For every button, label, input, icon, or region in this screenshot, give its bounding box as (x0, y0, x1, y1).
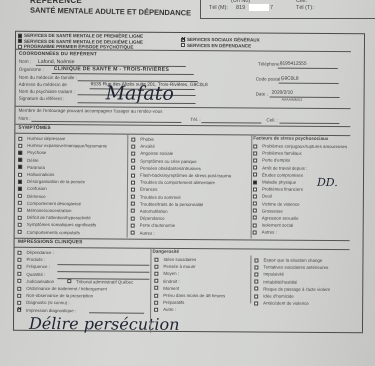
checkbox-unchecked[interactable] (131, 188, 135, 192)
symptom-item[interactable]: Comportements compulsifs (18, 228, 107, 236)
service-label: PROGRAMME PREMIER ÉPISODE PSYCHOTIQUE (24, 44, 134, 50)
item-label: Paranoïa (27, 165, 45, 170)
medecin-famille-label: Nom du médecin de famille : (19, 75, 77, 80)
tel-m-label: Tél (M): (209, 5, 228, 11)
item-label: Humeur expansive/maniaque/hypomanie (27, 143, 107, 149)
divider (15, 124, 350, 127)
checkbox-unchecked[interactable] (18, 215, 22, 219)
entourage-tel-label: Tél. : (190, 117, 200, 122)
symptomes-section-title: SYMPTÔMES (18, 126, 50, 131)
checkbox-unchecked[interactable] (131, 209, 135, 213)
checkbox-unchecked[interactable] (253, 144, 257, 148)
handwritten-diagnosis: Délire persécution (29, 314, 180, 334)
checkbox-unchecked[interactable] (253, 166, 257, 170)
danger-item[interactable]: Antécédent de violence (254, 300, 330, 308)
item-label: Anxiété (140, 144, 155, 149)
service-option[interactable]: SERVICES EN DÉPENDANCE (181, 42, 251, 47)
checkbox-unchecked[interactable] (131, 195, 135, 199)
checkbox-unchecked[interactable] (17, 294, 21, 298)
entourage-cell-label: Cell. : (266, 118, 278, 123)
checkbox-unchecked[interactable] (154, 308, 158, 312)
item-label: Maladie physique (262, 180, 296, 185)
item-label: Préparatifs (163, 300, 184, 305)
checkbox-unchecked[interactable] (131, 202, 135, 206)
item-label: Perte d'autonomie (140, 223, 176, 228)
checkbox-checked[interactable] (18, 180, 22, 184)
item-label: Impulsivité (263, 272, 284, 277)
item-label: Moment (163, 286, 179, 291)
entourage-nom-label: Nom : (18, 116, 30, 121)
patient-contact-box: (Un No) Cell. Tél (M): 819 7 Tél (T): (200, 0, 375, 19)
checkbox-unchecked[interactable] (18, 223, 22, 227)
item-label: Judiciarisation (26, 279, 54, 284)
date-label: Date : (256, 91, 268, 96)
item-label: Antécédent de violence (263, 301, 309, 306)
checkbox-checked[interactable] (18, 151, 22, 155)
item-label: Non-observance de la prescription (26, 293, 93, 298)
item-label: Mémoire/concentration (27, 208, 72, 213)
telephone-value[interactable]: 8195412555 (280, 61, 307, 66)
symptomes-col3: Problèmes conjugaux/ruptures amoureuses … (253, 142, 348, 236)
item-label: Troubles du sommeil (140, 194, 181, 199)
tel-t-label: Tél (T): (296, 5, 314, 11)
organisme-label: Organisme : (19, 67, 44, 72)
checkbox-checked[interactable] (18, 33, 22, 37)
item-label: Délire (27, 158, 39, 163)
checkbox-unchecked[interactable] (17, 272, 21, 276)
impressions-col2: Idées suicidaires Pensée à mourir Moyen … (154, 256, 225, 314)
form-subtitle: SANTÉ MENTALE ADULTE ET DÉPENDANCE (30, 6, 191, 18)
item-label: Grossesse (262, 208, 283, 213)
checkbox-unchecked[interactable] (131, 144, 135, 148)
item-label: Risque de passage à l'acte violent (263, 286, 330, 291)
item-label: Démence (27, 193, 46, 198)
item-label: Comportement désorganisé (27, 201, 81, 206)
stress-item[interactable]: Autres : (253, 229, 347, 237)
item-label: Endroit : (163, 278, 179, 283)
checkbox-unchecked[interactable] (131, 137, 135, 141)
checkbox-unchecked[interactable] (253, 223, 257, 227)
checkbox-unchecked[interactable] (131, 216, 135, 220)
checkbox-unchecked[interactable] (254, 301, 258, 305)
impressions-col1: Dépendance : Produits : Fréquence : Quan… (17, 249, 133, 314)
item-label: Tentatives suicidaires antérieures (263, 265, 328, 270)
tel-m-value-suffix: 7 (270, 5, 273, 11)
checkbox-unchecked[interactable] (17, 301, 21, 305)
entourage-title: Membre de l'entourage pouvant accompagne… (18, 108, 162, 114)
item-label: Études compromises (262, 172, 303, 177)
checkbox-unchecked[interactable] (17, 286, 21, 290)
code-postal-value[interactable]: G9C0L8 (281, 76, 299, 81)
item-label: Symptômes somatiques significatifs (27, 222, 97, 227)
entourage-cell-underline (279, 123, 339, 124)
item-label: Quantité : (26, 272, 45, 277)
contact-cell-label: Cell. (296, 0, 307, 4)
checkbox-unchecked[interactable] (254, 272, 258, 276)
symptom-item[interactable]: Autres : (131, 229, 231, 237)
item-label: Problèmes conjugaux/ruptures amoureuses (262, 144, 347, 150)
item-label: Irritabilité/hostilité (263, 279, 297, 284)
checkbox-unchecked[interactable] (154, 265, 158, 269)
tel-m-value: 819 (236, 5, 245, 11)
checkbox-unchecked[interactable] (17, 250, 21, 254)
checkbox-unchecked[interactable] (154, 279, 158, 283)
checkbox-unchecked[interactable] (131, 223, 135, 227)
entourage-tel-underline (201, 122, 261, 123)
checkbox-unchecked[interactable] (18, 208, 22, 212)
checkbox-unchecked[interactable] (131, 166, 135, 170)
item-label: Ordonnance de traitement / hébergement (26, 286, 107, 292)
checkbox-unchecked[interactable] (17, 265, 21, 269)
checkbox-unchecked[interactable] (253, 216, 257, 220)
checkbox-unchecked[interactable] (253, 151, 257, 155)
checkbox-unchecked[interactable] (253, 209, 257, 213)
services-section: SERVICES DE SANTÉ MENTALE DE PREMIÈRE LI… (16, 32, 351, 52)
checkbox-unchecked[interactable] (253, 187, 257, 191)
telephone-label: Téléphone : (258, 61, 282, 66)
checkbox-unchecked[interactable] (254, 287, 258, 291)
nom-label: Nom : (19, 59, 31, 64)
adresse-label: Adresse du médecin de (19, 82, 67, 87)
item-label: Troubles du comportement alimentaire (140, 180, 215, 186)
checkbox-unchecked[interactable] (131, 152, 135, 156)
checkbox-unchecked[interactable] (154, 300, 158, 304)
handwritten-note-dd: DD. (317, 176, 338, 189)
checkbox-unchecked[interactable] (253, 173, 257, 177)
checkbox-unchecked[interactable] (253, 202, 257, 206)
item-label: Agression sexuelle (262, 215, 299, 220)
checkbox-unchecked[interactable] (18, 172, 22, 176)
form-body: SERVICES DE SANTÉ MENTALE DE PREMIÈRE LI… (13, 31, 365, 333)
item-label: Problèmes financiers (262, 187, 303, 192)
item-label: Prévu dans moins de 48 heures (163, 293, 225, 298)
signature-label: Signature du référent : (19, 96, 65, 101)
item-label: Diagnostic (si connu) : (26, 300, 69, 305)
checkbox-unchecked[interactable] (253, 230, 257, 234)
item-label: Dépendance : (26, 250, 53, 255)
checkbox-unchecked[interactable] (18, 144, 22, 148)
contact-row1-left: (Un No) (231, 0, 250, 4)
checkbox-unchecked[interactable] (17, 279, 21, 283)
item-label: Déficit de l'attention/hyperactivité (27, 215, 91, 220)
checkbox-unchecked[interactable] (254, 280, 258, 284)
item-label: Dépendance (140, 216, 165, 221)
item-label: Humeur dépressive (27, 136, 65, 141)
item-label: Hallucinations (27, 172, 54, 177)
item-label: Automutilation (140, 209, 168, 214)
item-label: Symptômes ou crise panique (140, 158, 197, 163)
date-underline (270, 97, 340, 98)
checkbox-unchecked[interactable] (254, 265, 258, 269)
checkbox-crossed[interactable] (181, 37, 185, 41)
checkbox-checked[interactable] (18, 187, 22, 191)
telephone-underline (278, 68, 338, 69)
checkbox-unchecked[interactable] (181, 43, 185, 47)
item-label: Errances (140, 187, 158, 192)
checkbox-checked[interactable] (253, 180, 257, 184)
checkbox-unchecked[interactable] (131, 173, 135, 177)
item-label: Espoir que la situation change (263, 258, 322, 263)
checkbox-checked[interactable] (18, 158, 22, 162)
service-label: SERVICES EN DÉPENDANCE (187, 42, 251, 47)
item-label: Flash-backs/symptômes de stress post-tra… (140, 173, 231, 179)
item-label: Pensée à mourir (163, 264, 195, 269)
item-label: Idée d'homicide (263, 294, 294, 299)
nom-value[interactable]: Lafond, Noémie (38, 58, 75, 64)
checkbox-unchecked[interactable] (154, 257, 158, 261)
item-label: Fréquence : (26, 264, 49, 269)
item-label: Impression diagnostique : (26, 307, 76, 312)
dangerosite-title: Dangerosité (152, 249, 179, 254)
checkbox-unchecked[interactable] (253, 158, 257, 162)
item-label: Isolement social (262, 223, 294, 228)
code-postal-underline (279, 83, 339, 84)
item-label: Perte d'emploi (262, 158, 290, 163)
item-label: Idées suicidaires (163, 257, 196, 262)
checkbox-unchecked[interactable] (253, 194, 257, 198)
item-label: Désorganisation de la pensée (27, 179, 85, 184)
checkbox-crossed[interactable] (17, 308, 21, 312)
checkbox-unchecked[interactable] (18, 136, 22, 140)
tribunal-label: Tribunal administratif Québec (76, 279, 133, 284)
entourage-nom-underline (31, 121, 181, 123)
checkbox-unchecked[interactable] (18, 44, 22, 48)
organisme-value[interactable]: CLINIQUE DE SANTÉ M - TROIS-RIVIÈRES (54, 66, 169, 73)
referral-form-page: RÉFÉRENCE SANTÉ MENTALE ADULTE ET DÉPEND… (0, 0, 375, 366)
column-divider (127, 134, 129, 238)
checkbox-unchecked[interactable] (154, 286, 158, 290)
item-label: Victime de violence (262, 201, 300, 206)
item-label: Psychose (27, 150, 46, 155)
symptomes-col1: Humeur dépressive Humeur expansive/mania… (18, 135, 108, 236)
item-label: Autre : (163, 307, 176, 312)
checkbox-unchecked[interactable] (131, 231, 135, 235)
date-value[interactable]: 2020/2/10 (272, 91, 293, 96)
column-divider (250, 255, 251, 303)
checkbox-unchecked[interactable] (154, 272, 158, 276)
form-title: RÉFÉRENCE (30, 0, 82, 5)
item-label: Autres : (262, 230, 277, 235)
item-label: Troubles/traits de la personnalité (140, 201, 204, 206)
referent-section-title: COORDONNÉES DU RÉFÉRENT (19, 52, 97, 58)
item-label: Deuil (262, 194, 272, 199)
date-format-hint: AAAA/MM/JJ (282, 98, 303, 102)
checkbox-unchecked[interactable] (18, 230, 22, 234)
checkbox-unchecked[interactable] (67, 279, 71, 283)
impressions-section-title: IMPRESSIONS CLINIQUES (18, 240, 83, 245)
item-label: Comportements compulsifs (27, 229, 80, 234)
item-label: Phobie (140, 137, 154, 142)
checkbox-unchecked[interactable] (131, 180, 135, 184)
item-label: Moyen : (163, 271, 179, 276)
symptomes-col2: Phobie Anxiété Angoisse sociale Symptôme… (131, 136, 232, 237)
checkbox-unchecked[interactable] (18, 201, 22, 205)
redaction-block (249, 4, 269, 11)
item-label: Autres : (140, 230, 155, 235)
danger-item[interactable]: Autre : (154, 306, 225, 314)
code-postal-label: Code postal : (256, 76, 283, 81)
checkbox-checked[interactable] (18, 165, 22, 169)
checkbox-unchecked[interactable] (18, 194, 22, 198)
checkbox-unchecked[interactable] (254, 258, 258, 262)
checkbox-checked[interactable] (18, 39, 22, 43)
checkbox-unchecked[interactable] (254, 294, 258, 298)
checkbox-unchecked[interactable] (17, 258, 21, 262)
checkbox-unchecked[interactable] (131, 159, 135, 163)
item-label: Confusion (27, 186, 47, 191)
item-label: Produits : (26, 257, 45, 262)
impressions-col3: Espoir que la situation change Tentative… (254, 256, 330, 307)
psychiatre-label: Nom du psychiatre traitant : (19, 89, 75, 94)
stress-factors-title: Facteurs de stress psychosociaux (253, 135, 328, 141)
item-label: Angoisse sociale (140, 151, 173, 156)
item-label: Pensées obsédantes/intrusives (140, 166, 201, 171)
item-label: Problèmes familiaux (262, 151, 302, 156)
service-option[interactable]: PROGRAMME PREMIER ÉPISODE PSYCHOTIQUE (18, 44, 134, 50)
item-label: Arrêt de travail depuis : (262, 165, 307, 170)
checkbox-unchecked[interactable] (154, 293, 158, 297)
